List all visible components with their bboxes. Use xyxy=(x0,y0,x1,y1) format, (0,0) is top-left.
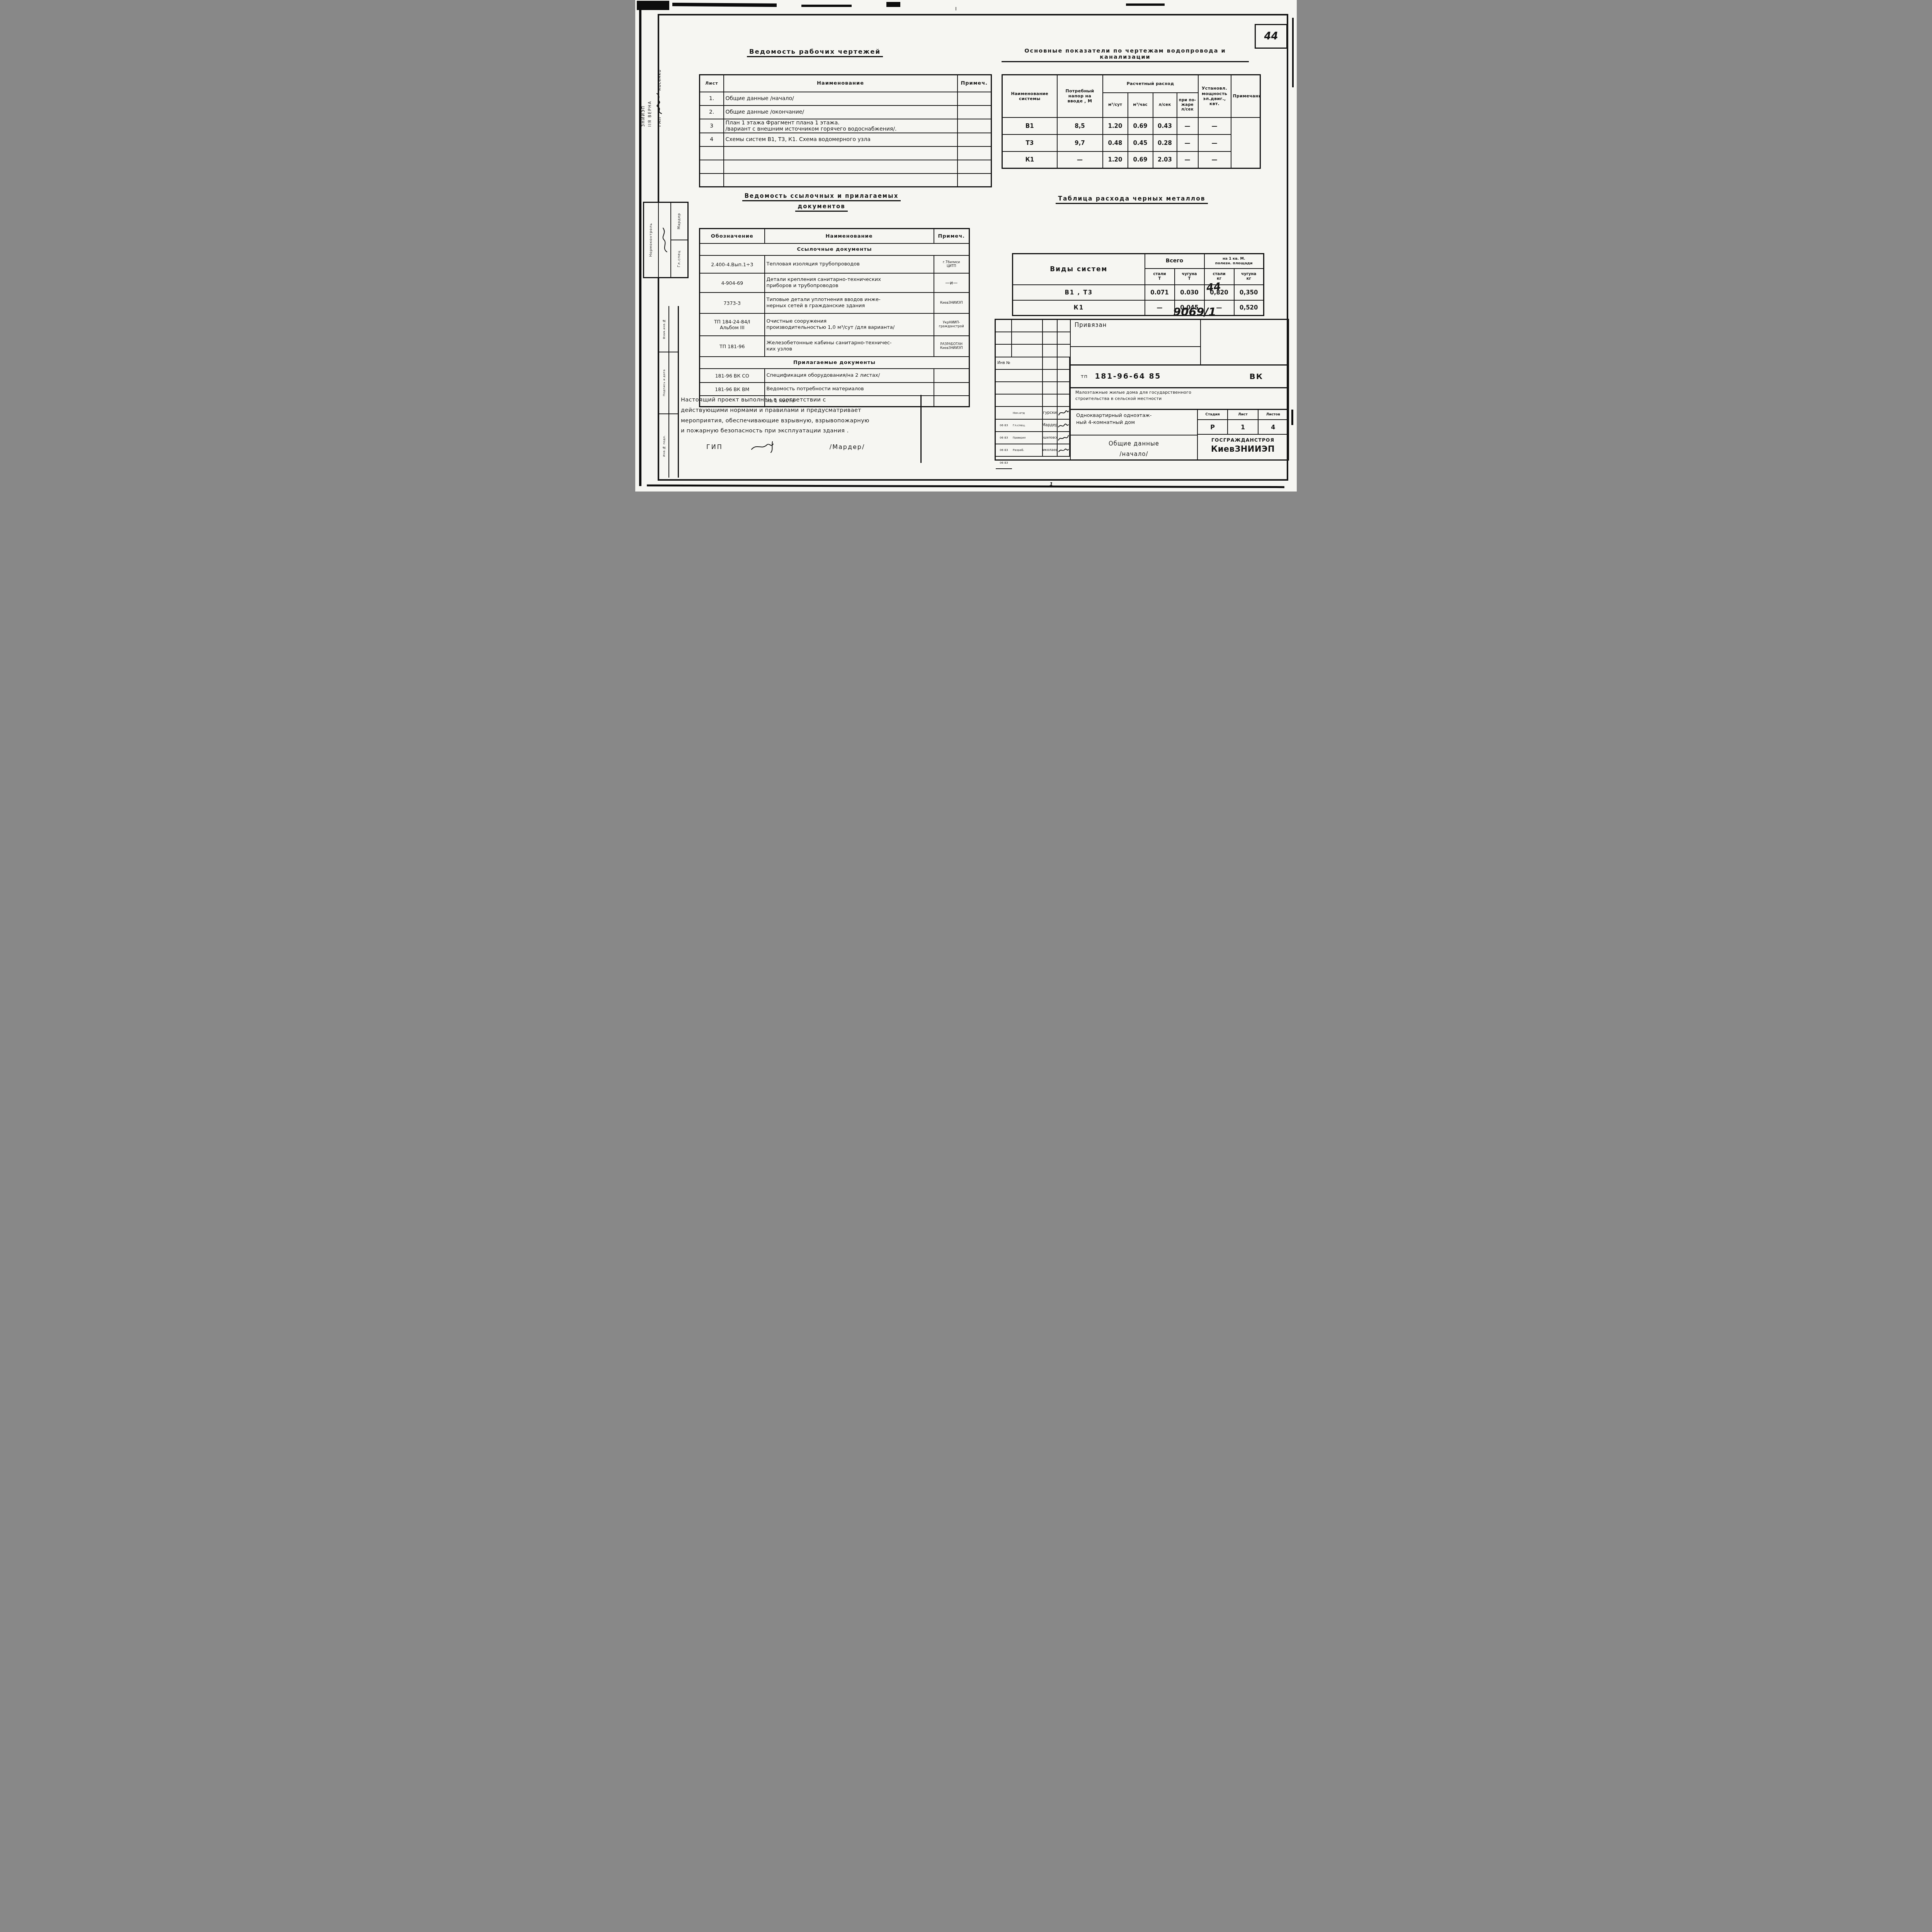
ref-docs-title: Ведомость ссылочных и прилагаемых докуме… xyxy=(725,192,918,212)
table-row: 181-96 ВК СО Спецификация оборудования/н… xyxy=(700,369,969,383)
table-cell: 9,7 xyxy=(1057,134,1103,151)
list-value: 1 xyxy=(1228,420,1258,434)
sign-role: Проверил xyxy=(1012,432,1043,444)
note-block: Настоящий проект выполнен в соответствии… xyxy=(681,395,922,463)
section-row: Прилагаемые документы xyxy=(700,357,969,369)
scan-artifact xyxy=(886,2,900,7)
table-cell: 0.071 xyxy=(1145,285,1175,300)
table-cell xyxy=(724,160,957,173)
table-cell: 181-96 ВК СО xyxy=(700,369,765,383)
table-cell xyxy=(700,146,724,160)
table-cell: — xyxy=(1198,134,1231,151)
table-cell: 0.69 xyxy=(1128,117,1153,134)
scan-artifact xyxy=(1291,410,1293,425)
gip-name: /Мардер/ xyxy=(830,443,865,451)
table-cell: ТП 181-96 xyxy=(700,336,765,357)
table-cell xyxy=(957,173,992,187)
mark-code: ВК xyxy=(1249,372,1263,381)
signature-icon xyxy=(1058,446,1069,454)
gip-label: ГИП xyxy=(706,443,723,451)
signature-cell xyxy=(1058,432,1070,444)
table-cell xyxy=(934,369,969,383)
indicators-table: Наименование системы Потребный напор на … xyxy=(1002,74,1261,169)
column-header: Лист xyxy=(700,75,724,92)
table-cell: РАЗРАБОТАН КиевЗНИИЭП xyxy=(934,336,969,357)
table-row: 1.Общие данные /начало/ xyxy=(700,92,992,105)
column-header: л/сек xyxy=(1153,93,1177,117)
table-row: 181-96 ВК ВМ Ведомость потребности матер… xyxy=(700,383,969,396)
lists-value: 4 xyxy=(1259,420,1288,434)
table-cell: План 1 этажа Фрагмент плана 1 этажа. /ва… xyxy=(724,119,957,133)
table-cell: Схемы систем В1, Т3, К1. Схема водомерно… xyxy=(724,133,957,146)
table-cell xyxy=(724,173,957,187)
table-header-row: Наименование системы Потребный напор на … xyxy=(1002,75,1260,93)
table-cell: —и— xyxy=(934,273,969,293)
signature-cell xyxy=(1058,420,1070,432)
table-cell: В1 xyxy=(1002,117,1057,134)
handwritten-code: 9069/1 xyxy=(1173,305,1216,318)
table-cell: — xyxy=(1177,151,1198,168)
normokontrol-block: Нормоконтроль Мардер Гл.спец xyxy=(643,202,689,278)
column-header: чугуна кг xyxy=(1234,269,1264,285)
table-cell: ТП 184-24-84/I Альбом III xyxy=(700,313,765,336)
table-cell: 0.45 xyxy=(1128,134,1153,151)
table-cell: 4-904-69 xyxy=(700,273,765,293)
table-cell: 1.20 xyxy=(1103,117,1128,134)
table-cell: Т3 xyxy=(1002,134,1057,151)
note-line: Настоящий проект выполнен в соответствии… xyxy=(681,395,918,405)
table-cell: 0.030 xyxy=(1175,285,1204,300)
table-cell: Детали крепления санитарно-технических п… xyxy=(765,273,934,293)
sign-date: 06 83 xyxy=(996,432,1012,444)
table-cell: 0.43 xyxy=(1153,117,1177,134)
column-header: при по- жаре л/сек xyxy=(1177,93,1198,117)
sheet-title: Общие данные /начало/ xyxy=(1071,435,1197,459)
table-cell xyxy=(934,383,969,396)
corner-stamp: ЗНИИЭП ІІЯ ВЕРНА ГАП Косенко xyxy=(641,30,687,128)
table-cell xyxy=(700,173,724,187)
column-header: Обозначение xyxy=(700,229,765,244)
scan-artifact xyxy=(801,5,852,7)
signature-icon xyxy=(661,226,668,253)
column-header: Примечание xyxy=(1231,75,1260,117)
table-cell: 7373-3 xyxy=(700,293,765,313)
table-cell: 0.28 xyxy=(1153,134,1177,151)
table-cell: — xyxy=(1145,300,1175,316)
table-cell: 1.20 xyxy=(1103,151,1128,168)
empty-cell xyxy=(1200,320,1288,364)
table-row: В18,51.200.690.43—— xyxy=(1002,117,1260,134)
margin-strip: Взам.инв.№ Подпись и дата Инв.№ подл. xyxy=(659,306,679,478)
sign-name: Мардер xyxy=(1043,420,1058,432)
table-cell: — xyxy=(1198,117,1231,134)
column-header: м³/сут xyxy=(1103,93,1128,117)
table-header-row: Обозначение Наименование Примеч. xyxy=(700,229,969,244)
stage-value: Р xyxy=(1198,420,1228,434)
signature-cell xyxy=(1058,407,1070,419)
table-cell: — xyxy=(1177,117,1198,134)
column-header: стали Т xyxy=(1145,269,1175,285)
table-row: ТП 181-96 Железобетонные кабины санитарн… xyxy=(700,336,969,357)
signature-icon xyxy=(1058,434,1069,442)
table-row: В1 , Т30.0710.0300,8200,350 xyxy=(1013,285,1264,300)
table-row: К1—0,045—0,520 xyxy=(1013,300,1264,316)
table-row xyxy=(700,173,992,187)
note-line: и пожарную безопасность при эксплуатации… xyxy=(681,426,918,436)
table-cell xyxy=(957,105,992,119)
table-row: 4-904-69 Детали крепления санитарно-техн… xyxy=(700,273,969,293)
table-cell: 2. xyxy=(700,105,724,119)
org-name-line2: КиевЗНИИЭП xyxy=(1198,444,1288,454)
stamp-gap-label: ГАП xyxy=(657,117,662,127)
scan-artifact xyxy=(1126,3,1165,6)
column-header: Потребный напор на вводе , М xyxy=(1057,75,1103,117)
stamp-name: Косенко xyxy=(657,70,662,91)
signature-cell xyxy=(1058,444,1070,457)
scan-artifact xyxy=(637,1,669,10)
table-cell: Железобетонные кабины санитарно-техничес… xyxy=(765,336,934,357)
table-cell xyxy=(957,146,992,160)
table-cell xyxy=(724,146,957,160)
tp-label: тп xyxy=(1081,374,1088,379)
working-drawings-table: Лист Наименование Примеч. 1.Общие данные… xyxy=(699,74,992,187)
column-header: Примеч. xyxy=(957,75,992,92)
table-header-row: Виды систем Всего на 1 кв. М. полезн. пл… xyxy=(1013,254,1264,269)
metals-table: Виды систем Всего на 1 кв. М. полезн. пл… xyxy=(1012,253,1264,316)
table-row: 2.400-4.Вып.1÷3 Тепловая изоляция трубоп… xyxy=(700,255,969,273)
organization-block: ГОСГРАЖДАНСТРОЯ КиевЗНИИЭП xyxy=(1198,435,1288,459)
stage-label: Стадия xyxy=(1198,410,1228,419)
signature-icon xyxy=(750,440,787,453)
table-cell: Ведомость потребности материалов xyxy=(765,383,934,396)
table-cell: 3 xyxy=(700,119,724,133)
sign-name: Николаева xyxy=(1043,444,1058,457)
privyazan-label: Привязан xyxy=(1071,320,1200,347)
table-row: 3План 1 этажа Фрагмент плана 1 этажа. /в… xyxy=(700,119,992,133)
inv-podl-label: Инв.№ подл. xyxy=(662,435,666,457)
table-cell xyxy=(934,396,969,406)
normokontrol-label: Нормоконтроль xyxy=(649,223,653,257)
table-cell: 4 xyxy=(700,133,724,146)
table-cell xyxy=(957,119,992,133)
handwritten-number: 44 xyxy=(1206,281,1221,294)
working-drawings-title: Ведомость рабочих чертежей xyxy=(724,48,906,57)
table-row xyxy=(700,160,992,173)
table-cell: г.Тбилиси ЦИТП xyxy=(934,255,969,273)
table-cell: 0.69 xyxy=(1128,151,1153,168)
sign-role: Разраб. xyxy=(1012,444,1043,457)
table-cell: К1 xyxy=(1002,151,1057,168)
list-label: Лист xyxy=(1228,410,1258,419)
column-header: Наименование xyxy=(724,75,957,92)
gl-spec-label: Гл.спец xyxy=(677,250,681,267)
table-row: 4Схемы систем В1, Т3, К1. Схема водомерн… xyxy=(700,133,992,146)
scan-artifact xyxy=(672,3,777,7)
table-cell xyxy=(957,133,992,146)
tp-number: 181-96-64 85 xyxy=(1095,372,1161,381)
sign-date: 06 83 xyxy=(996,444,1012,457)
table-cell: 1. xyxy=(700,92,724,105)
table-cell: Спецификация оборудования/на 2 листах/ xyxy=(765,369,934,383)
table-cell: 2.03 xyxy=(1153,151,1177,168)
signature-icon xyxy=(1058,409,1069,417)
inv-number-label: Инв № xyxy=(996,357,1043,370)
table-cell xyxy=(700,160,724,173)
column-header: Наименование системы xyxy=(1002,75,1057,117)
top-tick-mark: I xyxy=(955,6,957,12)
column-header: Всего xyxy=(1145,254,1204,269)
scan-artifact xyxy=(1292,18,1294,87)
table-cell: УкрНИИП- гражданстрой xyxy=(934,313,969,336)
note-line: мероприятия, обеспечивающие взрывную, вз… xyxy=(681,416,918,426)
stamp-line: ІІЯ ВЕРНА xyxy=(648,30,652,127)
sign-date: 06 83 xyxy=(996,420,1012,432)
table-cell: Общие данные /начало/ xyxy=(724,92,957,105)
title-block-grid: Инв № Нач.отд Згурский 06 83 Гл.спец. Ма… xyxy=(996,320,1071,459)
column-header: чугуна Т xyxy=(1175,269,1204,285)
gl-spec-name: Мардер xyxy=(677,213,681,229)
ref-docs-table: Обозначение Наименование Примеч. Ссылочн… xyxy=(699,228,970,407)
table-cell: 0.48 xyxy=(1103,134,1128,151)
table-cell: 2.400-4.Вып.1÷3 xyxy=(700,255,765,273)
table-cell: 181-96 ВК ВМ xyxy=(700,383,765,396)
sign-role: Нач.отд xyxy=(1012,407,1043,419)
stamp-line: ЗНИИЭП xyxy=(641,30,646,127)
podpis-data-label: Подпись и дата xyxy=(662,369,666,396)
sign-name: Тершиловская xyxy=(1043,432,1058,444)
table-cell: В1 , Т3 xyxy=(1013,285,1145,300)
scan-artifact xyxy=(647,485,1284,488)
table-cell: — xyxy=(1177,134,1198,151)
lists-label: Листов xyxy=(1259,410,1288,419)
vzam-inv-label: Взам.инв.№ xyxy=(662,319,666,339)
title-block: Инв № Нач.отд Згурский 06 83 Гл.спец. Ма… xyxy=(995,319,1289,461)
table-row: ТП 184-24-84/I Альбом III Очистные соору… xyxy=(700,313,969,336)
table-cell xyxy=(957,160,992,173)
series-description: Малоэтажные жилые дома для государственн… xyxy=(1071,388,1288,410)
table-cell: Тепловая изоляция трубопроводов xyxy=(765,255,934,273)
signature-icon xyxy=(1058,422,1069,429)
column-header: Расчетный расход xyxy=(1103,75,1198,93)
table-row xyxy=(700,146,992,160)
column-header: Виды систем xyxy=(1013,254,1145,285)
table-cell: — xyxy=(1198,151,1231,168)
table-cell xyxy=(957,92,992,105)
table-cell: Очистные сооружения производительностью … xyxy=(765,313,934,336)
column-header: Примеч. xyxy=(934,229,969,244)
table-cell: К1 xyxy=(1013,300,1145,316)
section-row: Ссылочные документы xyxy=(700,243,969,255)
table-cell: КиевЗНИИЭП xyxy=(934,293,969,313)
column-header: Наименование xyxy=(765,229,934,244)
table-cell: 8,5 xyxy=(1057,117,1103,134)
table-row: К1—1.200.692.03—— xyxy=(1002,151,1260,168)
signature-icon xyxy=(655,93,663,114)
sign-role: Гл.спец. xyxy=(1012,420,1043,432)
column-header: м³/час xyxy=(1128,93,1153,117)
table-cell: 0,520 xyxy=(1234,300,1264,316)
project-code-row: тп 181-96-64 85 ВК xyxy=(1071,366,1288,388)
table-row: 7373-3 Типовые детали уплотнения вводов … xyxy=(700,293,969,313)
column-header: Установл. мощность эл.двиг., квт. xyxy=(1198,75,1231,117)
table-cell: 0,350 xyxy=(1234,285,1264,300)
table-cell: Общие данные /окончание/ xyxy=(724,105,957,119)
table-row: Т39,70.480.450.28—— xyxy=(1002,134,1260,151)
drawing-sheet: I 1 44 ЗНИИЭП ІІЯ ВЕРНА ГАП Косенко Норм… xyxy=(635,0,1297,492)
metals-title: Таблица расхода черных металлов xyxy=(1016,195,1248,204)
table-header-row: Лист Наименование Примеч. xyxy=(700,75,992,92)
table-cell: Типовые детали уплотнения вводов инже- н… xyxy=(765,293,934,313)
note-line: действующими нормами и правилами и преду… xyxy=(681,405,918,416)
indicators-title: Основные показатели по чертежам водопров… xyxy=(1002,48,1249,62)
org-name-line1: ГОСГРАЖДАНСТРОЯ xyxy=(1198,437,1288,443)
sheet-number-box: 44 xyxy=(1255,24,1287,49)
sign-date: 06 83 xyxy=(996,457,1012,469)
sign-name: Згурский xyxy=(1043,407,1058,419)
bottom-tick-mark: 1 xyxy=(1049,481,1053,487)
column-header: на 1 кв. М. полезн. площади xyxy=(1204,254,1264,269)
object-name: Одноквартирный одноэтаж- ный 4-комнатный… xyxy=(1071,410,1197,435)
table-cell: — xyxy=(1057,151,1103,168)
table-row: 2.Общие данные /окончание/ xyxy=(700,105,992,119)
